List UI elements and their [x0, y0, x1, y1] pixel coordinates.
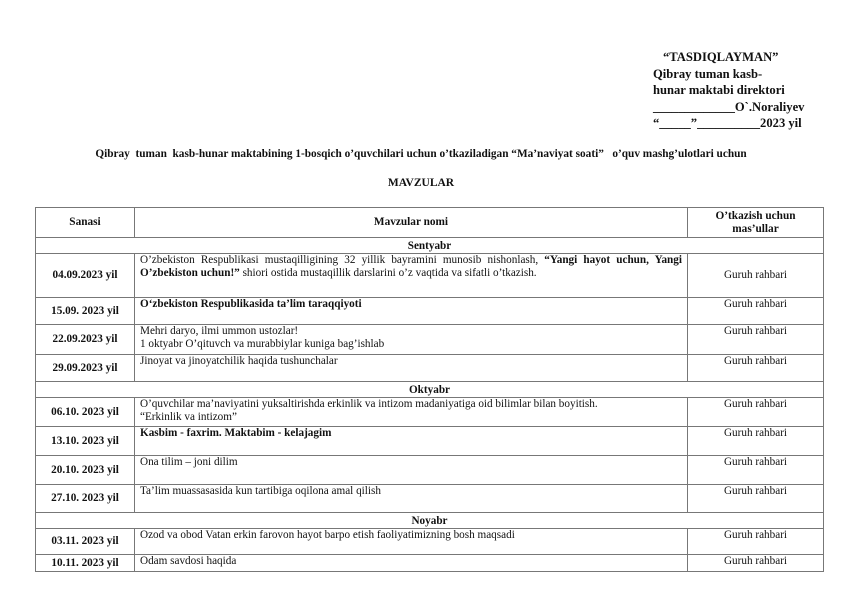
topic-line: Mehri daryo, ilmi ummon ustozlar! — [140, 325, 682, 338]
topic-line: 1 oktyabr O’qituvch va murabbiylar kunig… — [140, 338, 682, 351]
row-date: 13.10. 2023 yil — [36, 427, 135, 456]
topic-text: Odam savdosi haqida — [140, 555, 236, 567]
approval-stamp: “TASDIQLAYMAN” — [653, 49, 838, 66]
row-topic: Jinoyat va jinoyatchilik haqida tushunch… — [135, 355, 688, 382]
topic-text: Kasbim - faxrim. Maktabim - kelajagim — [140, 427, 331, 439]
month-label: Oktyabr — [36, 382, 824, 398]
row-date: 15.09. 2023 yil — [36, 298, 135, 325]
topic-text: shiori ostida mustaqillik darslarini o’z… — [240, 267, 537, 279]
header-responsible: O’tkazish uchun mas’ullar — [688, 208, 824, 238]
table-row: 15.09. 2023 yilO‘zbekiston Respublikasid… — [36, 298, 824, 325]
row-date: 22.09.2023 yil — [36, 325, 135, 355]
table-row: 04.09.2023 yilO’zbekiston Respublikasi m… — [36, 254, 824, 298]
row-responsible: Guruh rahbari — [688, 555, 824, 572]
topic-text: O’zbekiston Respublikasi mustaqilliginin… — [140, 254, 544, 266]
row-date: 10.11. 2023 yil — [36, 555, 135, 572]
document-subheading: MAVZULAR — [0, 177, 842, 189]
row-responsible: Guruh rahbari — [688, 529, 824, 555]
topic-text: O‘zbekiston Respublikasida ta’lim taraqq… — [140, 298, 362, 310]
row-date: 06.10. 2023 yil — [36, 398, 135, 427]
month-label: Sentyabr — [36, 238, 824, 254]
row-topic: O’quvchilar ma’naviyatini yuksaltirishda… — [135, 398, 688, 427]
table-row: 06.10. 2023 yilO’quvchilar ma’naviyatini… — [36, 398, 824, 427]
month-row: Oktyabr — [36, 382, 824, 398]
row-topic: Kasbim - faxrim. Maktabim - kelajagim — [135, 427, 688, 456]
topic-text: Ona tilim – joni dilim — [140, 456, 238, 468]
approval-signature-line: _____________O`.Noraliyev — [653, 99, 838, 116]
approval-date-line: “_____”__________2023 yil — [653, 115, 838, 132]
row-topic: O’zbekiston Respublikasi mustaqilliginin… — [135, 254, 688, 298]
topic-text: Ozod va obod Vatan erkin farovon hayot b… — [140, 529, 515, 541]
approval-line: Qibray tuman kasb- — [653, 66, 838, 83]
row-responsible: Guruh rahbari — [688, 325, 824, 355]
row-date: 29.09.2023 yil — [36, 355, 135, 382]
header-topic: Mavzular nomi — [135, 208, 688, 238]
topic-line: “Erkinlik va intizom” — [140, 411, 682, 424]
topic-line: O’quvchilar ma’naviyatini yuksaltirishda… — [140, 398, 682, 411]
row-date: 03.11. 2023 yil — [36, 529, 135, 555]
row-topic: O‘zbekiston Respublikasida ta’lim taraqq… — [135, 298, 688, 325]
document-heading: Qibray tuman kasb-hunar maktabining 1-bo… — [0, 148, 842, 160]
table-body: Sentyabr04.09.2023 yilO’zbekiston Respub… — [36, 238, 824, 572]
table-row: 20.10. 2023 yilOna tilim – joni dilimGur… — [36, 456, 824, 485]
table-row: 27.10. 2023 yilTa’lim muassasasida kun t… — [36, 485, 824, 513]
table-row: 03.11. 2023 yilOzod va obod Vatan erkin … — [36, 529, 824, 555]
table-row: 13.10. 2023 yilKasbim - faxrim. Maktabim… — [36, 427, 824, 456]
row-responsible: Guruh rahbari — [688, 485, 824, 513]
row-topic: Mehri daryo, ilmi ummon ustozlar!1 oktya… — [135, 325, 688, 355]
month-row: Noyabr — [36, 513, 824, 529]
row-responsible: Guruh rahbari — [688, 298, 824, 325]
row-responsible: Guruh rahbari — [688, 456, 824, 485]
row-topic: Ta’lim muassasasida kun tartibiga oqilon… — [135, 485, 688, 513]
row-responsible: Guruh rahbari — [688, 427, 824, 456]
row-responsible: Guruh rahbari — [688, 254, 824, 298]
table-row: 22.09.2023 yilMehri daryo, ilmi ummon us… — [36, 325, 824, 355]
row-topic: Ozod va obod Vatan erkin farovon hayot b… — [135, 529, 688, 555]
header-date: Sanasi — [36, 208, 135, 238]
row-date: 20.10. 2023 yil — [36, 456, 135, 485]
topic-text: Ta’lim muassasasida kun tartibiga oqilon… — [140, 485, 381, 497]
approval-line: hunar maktabi direktori — [653, 82, 838, 99]
row-date: 27.10. 2023 yil — [36, 485, 135, 513]
topic-text: Jinoyat va jinoyatchilik haqida tushunch… — [140, 355, 338, 367]
table-row: 10.11. 2023 yilOdam savdosi haqidaGuruh … — [36, 555, 824, 572]
table-header-row: Sanasi Mavzular nomi O’tkazish uchun mas… — [36, 208, 824, 238]
table-row: 29.09.2023 yilJinoyat va jinoyatchilik h… — [36, 355, 824, 382]
month-label: Noyabr — [36, 513, 824, 529]
row-responsible: Guruh rahbari — [688, 355, 824, 382]
approval-block: “TASDIQLAYMAN” Qibray tuman kasb- hunar … — [653, 49, 838, 132]
row-topic: Ona tilim – joni dilim — [135, 456, 688, 485]
row-responsible: Guruh rahbari — [688, 398, 824, 427]
month-row: Sentyabr — [36, 238, 824, 254]
row-date: 04.09.2023 yil — [36, 254, 135, 298]
topics-table: Sanasi Mavzular nomi O’tkazish uchun mas… — [35, 207, 824, 572]
row-topic: Odam savdosi haqida — [135, 555, 688, 572]
